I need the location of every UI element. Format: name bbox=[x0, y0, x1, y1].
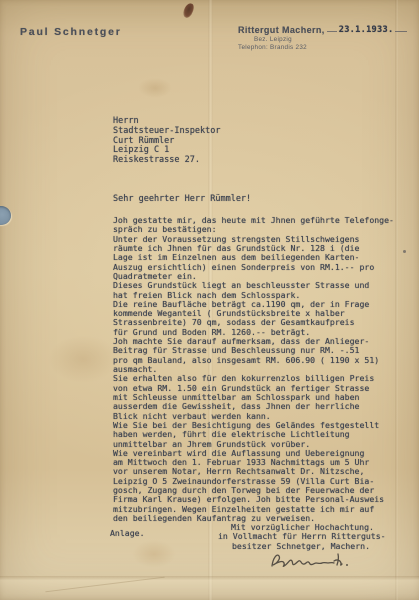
estate-date-row: Rittergut Machern, 23.1.1933. bbox=[238, 25, 413, 35]
letterhead-address-block: Rittergut Machern, 23.1.1933. Bez. Leipz… bbox=[238, 25, 413, 51]
ink-speck bbox=[403, 250, 406, 253]
enclosure-note: Anlage. bbox=[110, 528, 145, 538]
bottom-fold-crease bbox=[0, 576, 419, 600]
punch-hole bbox=[0, 206, 11, 225]
handwritten-signature bbox=[264, 548, 360, 576]
recipient-address: HerrnStadtsteuer-InspektorCurt RümmlerLe… bbox=[113, 117, 220, 166]
phone-line: Telephon: Brandis 232 bbox=[238, 44, 413, 51]
text-line: Reiskestrasse 27. bbox=[113, 156, 220, 166]
estate-name: Rittergut Machern, bbox=[238, 25, 325, 35]
paper-smudge bbox=[132, 540, 176, 568]
date-rule-left bbox=[327, 31, 337, 32]
district-line: Bez. Leipzig bbox=[254, 36, 413, 43]
letter-body: Joh gestatte mir, das heute mit Jhnen ge… bbox=[113, 216, 398, 533]
letter-date: 23.1.1933. bbox=[339, 25, 394, 35]
paper-smudge bbox=[138, 78, 172, 98]
sender-name: Paul Schnetger bbox=[20, 26, 122, 38]
body-lines: Joh gestatte mir, das heute mit Jhnen ge… bbox=[113, 216, 398, 523]
salutation: Sehr geehrter Herr Rümmler! bbox=[113, 194, 251, 204]
paper-smudge bbox=[48, 335, 118, 383]
scanned-letter-page: Paul Schnetger Rittergut Machern, 23.1.1… bbox=[0, 0, 419, 600]
ink-stain bbox=[182, 2, 195, 19]
date-rule-right bbox=[395, 31, 407, 32]
